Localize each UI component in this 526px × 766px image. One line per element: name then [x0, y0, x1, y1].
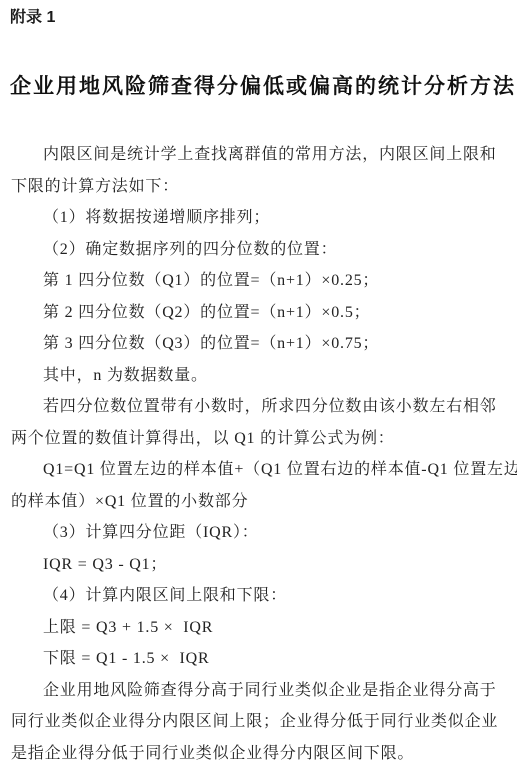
- doc-line: 下限 = Q1 - 1.5 × IQR: [11, 643, 517, 675]
- doc-line: 若四分位数位置带有小数时，所求四分位数由该小数左右相邻: [11, 391, 517, 423]
- doc-line: 其中，n 为数据数量。: [11, 360, 517, 392]
- doc-line: 内限区间是统计学上查找离群值的常用方法，内限区间上限和: [11, 139, 517, 171]
- document-body: 内限区间是统计学上查找离群值的常用方法，内限区间上限和 下限的计算方法如下： （…: [11, 139, 517, 766]
- appendix-label: 附录 1: [10, 4, 55, 27]
- document-page: 附录 1 企业用地风险筛查得分偏低或偏高的统计分析方法 内限区间是统计学上查找离…: [0, 0, 526, 766]
- doc-line: 第 1 四分位数（Q1）的位置=（n+1）×0.25；: [11, 265, 517, 297]
- doc-line: （2）确定数据序列的四分位数的位置：: [11, 234, 517, 266]
- document-title: 企业用地风险筛查得分偏低或偏高的统计分析方法: [8, 70, 518, 100]
- doc-line: 下限的计算方法如下：: [11, 171, 517, 203]
- doc-line: （1）将数据按递增顺序排列；: [11, 202, 517, 234]
- doc-line: Q1=Q1 位置左边的样本值+（Q1 位置右边的样本值-Q1 位置左边: [11, 454, 517, 486]
- doc-line: 是指企业得分低于同行业类似企业得分内限区间下限。: [11, 738, 517, 766]
- doc-line: IQR = Q3 - Q1；: [11, 549, 517, 581]
- doc-line: （4）计算内限区间上限和下限：: [11, 580, 517, 612]
- doc-line: 第 2 四分位数（Q2）的位置=（n+1）×0.5；: [11, 297, 517, 329]
- doc-line: 企业用地风险筛查得分高于同行业类似企业是指企业得分高于: [11, 675, 517, 707]
- doc-line: 上限 = Q3 + 1.5 × IQR: [11, 612, 517, 644]
- doc-line: 同行业类似企业得分内限区间上限；企业得分低于同行业类似企业: [11, 706, 517, 738]
- doc-line: 两个位置的数值计算得出，以 Q1 的计算公式为例：: [11, 423, 517, 455]
- doc-line: 的样本值）×Q1 位置的小数部分: [11, 486, 517, 518]
- doc-line: 第 3 四分位数（Q3）的位置=（n+1）×0.75；: [11, 328, 517, 360]
- doc-line: （3）计算四分位距（IQR）：: [11, 517, 517, 549]
